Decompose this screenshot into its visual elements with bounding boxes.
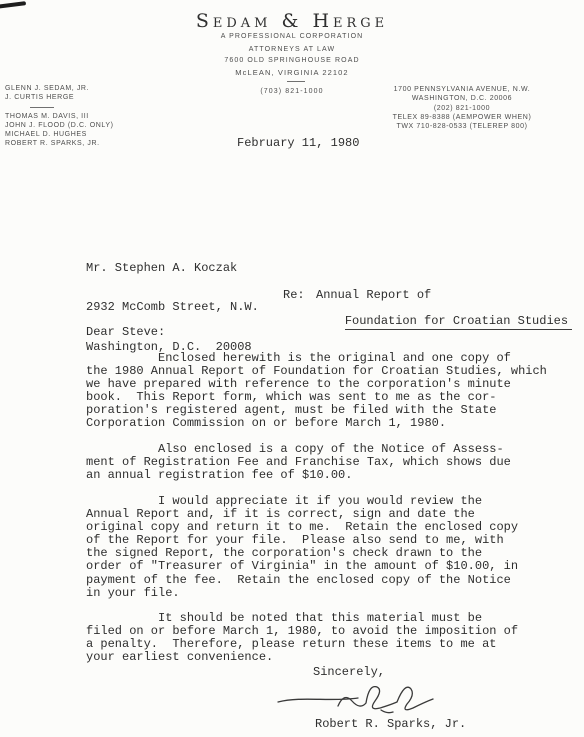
letterhead-subtitle-1: A PROFESSIONAL CORPORATION (0, 33, 584, 40)
letter-date: February 11, 1980 (237, 137, 359, 150)
salutation: Dear Steve: (86, 326, 165, 339)
letterhead-divider-dash (287, 81, 305, 82)
attorney-list-left: GLENN J. SEDAM, JR. J. CURTIS HERGE THOM… (5, 84, 114, 149)
attorney-name: MICHAEL D. HUGHES (5, 130, 114, 139)
letterhead-subtitle-2: ATTORNEYS AT LAW (0, 46, 584, 53)
body-paragraph-1: Enclosed herewith is the original and on… (86, 352, 547, 431)
signature-name: Robert R. Sparks, Jr. (315, 718, 466, 731)
dc-office-line: (202) 821-1000 (352, 104, 572, 113)
re-subject-underlined: Foundation for Croatian Studies (345, 315, 572, 330)
attorney-name: GLENN J. SEDAM, JR. (5, 84, 114, 93)
attorney-name: JOHN J. FLOOD (D.C. ONLY) (5, 121, 114, 130)
letter-page: Sedam & Herge A PROFESSIONAL CORPORATION… (0, 0, 584, 737)
dc-office-line: TWX 710-828-0533 (TELEREP 800) (352, 122, 572, 131)
closing: Sincerely, (313, 666, 385, 679)
scan-artifact-mark (0, 1, 26, 9)
attorney-name: THOMAS M. DAVIS, III (5, 112, 114, 121)
re-label: Re: (283, 289, 305, 302)
recipient-street: 2932 McComb Street, N.W. (86, 301, 259, 314)
dc-office-line: WASHINGTON, D.C. 20006 (352, 94, 572, 103)
dc-office-line: 1700 PENNSYLVANIA AVENUE, N.W. (352, 85, 572, 94)
re-subject-line-2: Foundation for Croatian Studies (316, 302, 572, 343)
recipient-name: Mr. Stephen A. Koczak (86, 262, 259, 275)
attorney-name: J. CURTIS HERGE (5, 93, 114, 102)
letterhead-address-line-1: 7600 OLD SPRINGHOUSE ROAD (0, 57, 584, 64)
attorney-list-divider (30, 107, 54, 108)
firm-name-text: Sedam & Herge (196, 10, 388, 32)
dc-office-line: TELEX 89-8388 (AEMPOWER WHEN) (352, 113, 572, 122)
re-subject-line-1: Annual Report of (316, 289, 431, 302)
attorney-name: ROBERT R. SPARKS, JR. (5, 139, 114, 148)
letterhead-address-line-2: McLEAN, VIRGINIA 22102 (0, 68, 584, 77)
body-paragraph-2: Also enclosed is a copy of the Notice of… (86, 443, 511, 482)
letterhead-firm-name: Sedam & Herge (0, 10, 584, 32)
body-paragraph-4: It should be noted that this material mu… (86, 612, 518, 664)
dc-office-block: 1700 PENNSYLVANIA AVENUE, N.W. WASHINGTO… (352, 85, 572, 131)
body-paragraph-3: I would appreciate it if you would revie… (86, 495, 518, 600)
